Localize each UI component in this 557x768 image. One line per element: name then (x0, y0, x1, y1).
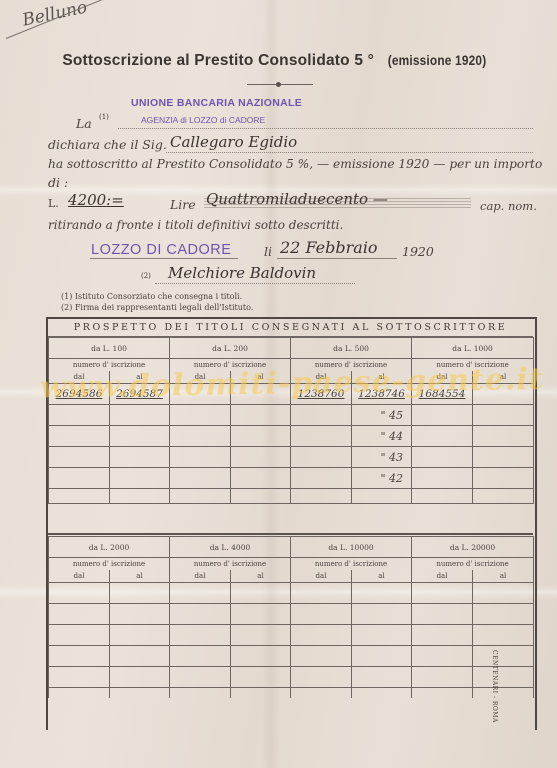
table-cell: 1684554 (412, 384, 473, 405)
signature-line (155, 283, 355, 284)
lire-label: Lire (170, 197, 196, 212)
withdraw-text: ritirando a fronte i titoli definitivi s… (48, 218, 343, 232)
table-cell (412, 405, 473, 426)
di-label: di : (48, 175, 68, 190)
table-cell (170, 405, 231, 426)
dal-header: dal (291, 570, 352, 583)
table-cell (352, 625, 412, 646)
table-cell (110, 625, 170, 646)
al-header: al (110, 371, 170, 384)
dal-header: dal (170, 570, 231, 583)
table-cell (49, 489, 110, 504)
table-cell (170, 489, 231, 504)
table-cell (473, 405, 534, 426)
title-main: Sottoscrizione al Prestito Consolidato 5… (62, 52, 374, 69)
table-cell (352, 688, 412, 699)
dal-header: dal (49, 570, 110, 583)
table-cell (110, 405, 170, 426)
table-cell (49, 625, 110, 646)
table-cell (170, 625, 231, 646)
registration-number-header: numero d' iscrizione (291, 359, 412, 372)
table-cell (49, 646, 110, 667)
table-cell (291, 447, 352, 468)
table-cell: 2694586 (49, 384, 110, 405)
la-label: La (76, 116, 92, 131)
name-field-line (166, 152, 533, 153)
table-cell (412, 583, 473, 604)
table-cell (473, 384, 534, 405)
table-cell (170, 604, 231, 625)
table-cell (473, 688, 534, 699)
denomination-header: da L. 10000 (291, 537, 412, 558)
dal-header: dal (291, 371, 352, 384)
table-cell (412, 625, 473, 646)
amount-words: Quattromiladuecento — (206, 190, 388, 208)
subscribed-text: ha sottoscritto al Prestito Consolidato … (48, 157, 542, 171)
table-row: " 42 (49, 468, 534, 489)
table-row (49, 688, 534, 699)
table-cell (412, 604, 473, 625)
table-cell (170, 646, 231, 667)
table-row (49, 646, 534, 667)
table-cell (231, 604, 291, 625)
dal-header: dal (170, 371, 231, 384)
registration-number-header: numero d' iscrizione (412, 558, 534, 571)
table-cell (231, 426, 291, 447)
table-cell (291, 583, 352, 604)
table-cell (352, 667, 412, 688)
dal-header: dal (49, 371, 110, 384)
table-cell (473, 447, 534, 468)
table-cell (291, 667, 352, 688)
table-cell (473, 667, 534, 688)
table-cell (49, 468, 110, 489)
al-header: al (352, 570, 412, 583)
table-cell (110, 667, 170, 688)
title-suffix: (emissione 1920) (387, 52, 486, 68)
table-cell (412, 489, 473, 504)
table-cell: 1238760 (291, 384, 352, 405)
declares-label: dichiara che il Sig. (48, 137, 167, 152)
table-cell (231, 489, 291, 504)
table-row (49, 489, 534, 504)
footnote-ref-2: (2) (141, 272, 151, 280)
table-cell (291, 489, 352, 504)
table-cell (473, 426, 534, 447)
al-header: al (473, 570, 534, 583)
table-cell (291, 604, 352, 625)
table-title: PROSPETTO DEI TITOLI CONSEGNATI AL SOTTO… (48, 320, 533, 337)
table-cell (352, 604, 412, 625)
registration-number-header: numero d' iscrizione (170, 558, 291, 571)
table-cell (473, 625, 534, 646)
document-title: Sottoscrizione al Prestito Consolidato 5… (0, 52, 557, 70)
al-header: al (231, 371, 291, 384)
denomination-header: da L. 1000 (412, 338, 534, 359)
table-cell (231, 447, 291, 468)
bank-stamp-line1: UNIONE BANCARIA NAZIONALE (131, 97, 302, 109)
denomination-header: da L. 500 (291, 338, 412, 359)
denomination-header: da L. 100 (49, 338, 170, 359)
table-row (49, 583, 534, 604)
signature: Melchiore Baldovin (168, 264, 316, 282)
table-cell: " 45 (352, 405, 412, 426)
table-row (49, 667, 534, 688)
amount-figures: 4200:= (68, 191, 124, 209)
corner-note: Belluno (21, 0, 89, 31)
table-cell (291, 426, 352, 447)
table-cell (170, 384, 231, 405)
table-row: " 43 (49, 447, 534, 468)
cap-nom-label: cap. nom. (480, 199, 537, 213)
table-row: 2694586 2694587 1238760 1238746 1684554 (49, 384, 534, 405)
table-cell (231, 384, 291, 405)
table-cell: " 42 (352, 468, 412, 489)
denomination-header: da L. 2000 (49, 537, 170, 558)
table-cell (412, 646, 473, 667)
printer-mark: CENTENARI - ROMA (491, 650, 498, 740)
table-cell (291, 688, 352, 699)
footnote-2: (2) Firma dei rappresentanti legali dell… (61, 303, 253, 312)
place-stamp: LOZZO DI CADORE (91, 242, 231, 258)
footnote-ref-1: (1) (99, 113, 109, 121)
section-divider (48, 533, 533, 535)
table-cell (473, 468, 534, 489)
table-cell (170, 468, 231, 489)
table-cell (49, 583, 110, 604)
registration-number-header: numero d' iscrizione (291, 558, 412, 571)
table-cell (231, 468, 291, 489)
table-cell (231, 625, 291, 646)
li-label: li (264, 244, 272, 259)
table-cell (412, 426, 473, 447)
table-cell (231, 583, 291, 604)
table-cell (352, 489, 412, 504)
table-cell (291, 625, 352, 646)
table-cell (110, 447, 170, 468)
denomination-header: da L. 20000 (412, 537, 534, 558)
registration-number-header: numero d' iscrizione (49, 558, 170, 571)
table-cell (110, 583, 170, 604)
table-cell (110, 646, 170, 667)
table-cell (473, 646, 534, 667)
table-cell (412, 468, 473, 489)
table-cell (170, 426, 231, 447)
table-cell (352, 583, 412, 604)
table-cell: " 44 (352, 426, 412, 447)
date-handwritten: 22 Febbraio (280, 238, 378, 257)
al-header: al (231, 570, 291, 583)
table-cell: " 43 (352, 447, 412, 468)
bank-stamp-line2: AGENZIA di LOZZO di CADORE (141, 115, 265, 125)
table-cell (170, 667, 231, 688)
table-cell (110, 489, 170, 504)
upper-titles-table: da L. 100 da L. 200 da L. 500 da L. 1000… (48, 337, 534, 504)
table-cell (110, 426, 170, 447)
table-cell (231, 405, 291, 426)
table-cell (412, 688, 473, 699)
table-cell (291, 646, 352, 667)
date-line (277, 258, 397, 259)
table-cell (352, 646, 412, 667)
table-cell (49, 688, 110, 699)
al-header: al (110, 570, 170, 583)
table-cell (231, 688, 291, 699)
lower-titles-table: da L. 2000 da L. 4000 da L. 10000 da L. … (48, 536, 534, 698)
table-cell (412, 447, 473, 468)
denomination-header: da L. 200 (170, 338, 291, 359)
registration-number-header: numero d' iscrizione (170, 359, 291, 372)
dal-header: dal (412, 570, 473, 583)
registration-number-header: numero d' iscrizione (412, 359, 534, 372)
table-cell (49, 426, 110, 447)
table-cell (110, 468, 170, 489)
table-cell (170, 583, 231, 604)
subscriber-name: Callegaro Egidio (170, 133, 297, 151)
table-cell: 1238746 (352, 384, 412, 405)
table-cell (473, 489, 534, 504)
al-header: al (352, 371, 412, 384)
table-row (49, 604, 534, 625)
institute-field-line (118, 128, 533, 129)
table-cell (110, 604, 170, 625)
table-cell (49, 447, 110, 468)
table-cell (49, 667, 110, 688)
table-cell (49, 405, 110, 426)
table-cell (110, 688, 170, 699)
table-cell (170, 447, 231, 468)
table-cell (170, 688, 231, 699)
table-cell (291, 468, 352, 489)
table-row: " 44 (49, 426, 534, 447)
footnote-1: (1) Istituto Consorziato che consegna i … (61, 292, 242, 301)
table-cell: 2694587 (110, 384, 170, 405)
al-header: al (473, 371, 534, 384)
table-cell (473, 583, 534, 604)
table-cell (291, 405, 352, 426)
table-cell (231, 646, 291, 667)
l-label: L. (48, 197, 59, 210)
dal-header: dal (412, 371, 473, 384)
denomination-header: da L. 4000 (170, 537, 291, 558)
table-cell (412, 667, 473, 688)
table-cell (231, 667, 291, 688)
title-ornament (247, 84, 313, 85)
table-row: " 45 (49, 405, 534, 426)
registration-number-header: numero d' iscrizione (49, 359, 170, 372)
table-cell (473, 604, 534, 625)
place-line (90, 258, 238, 259)
table-cell (49, 604, 110, 625)
year: 1920 (402, 244, 434, 259)
table-row (49, 625, 534, 646)
